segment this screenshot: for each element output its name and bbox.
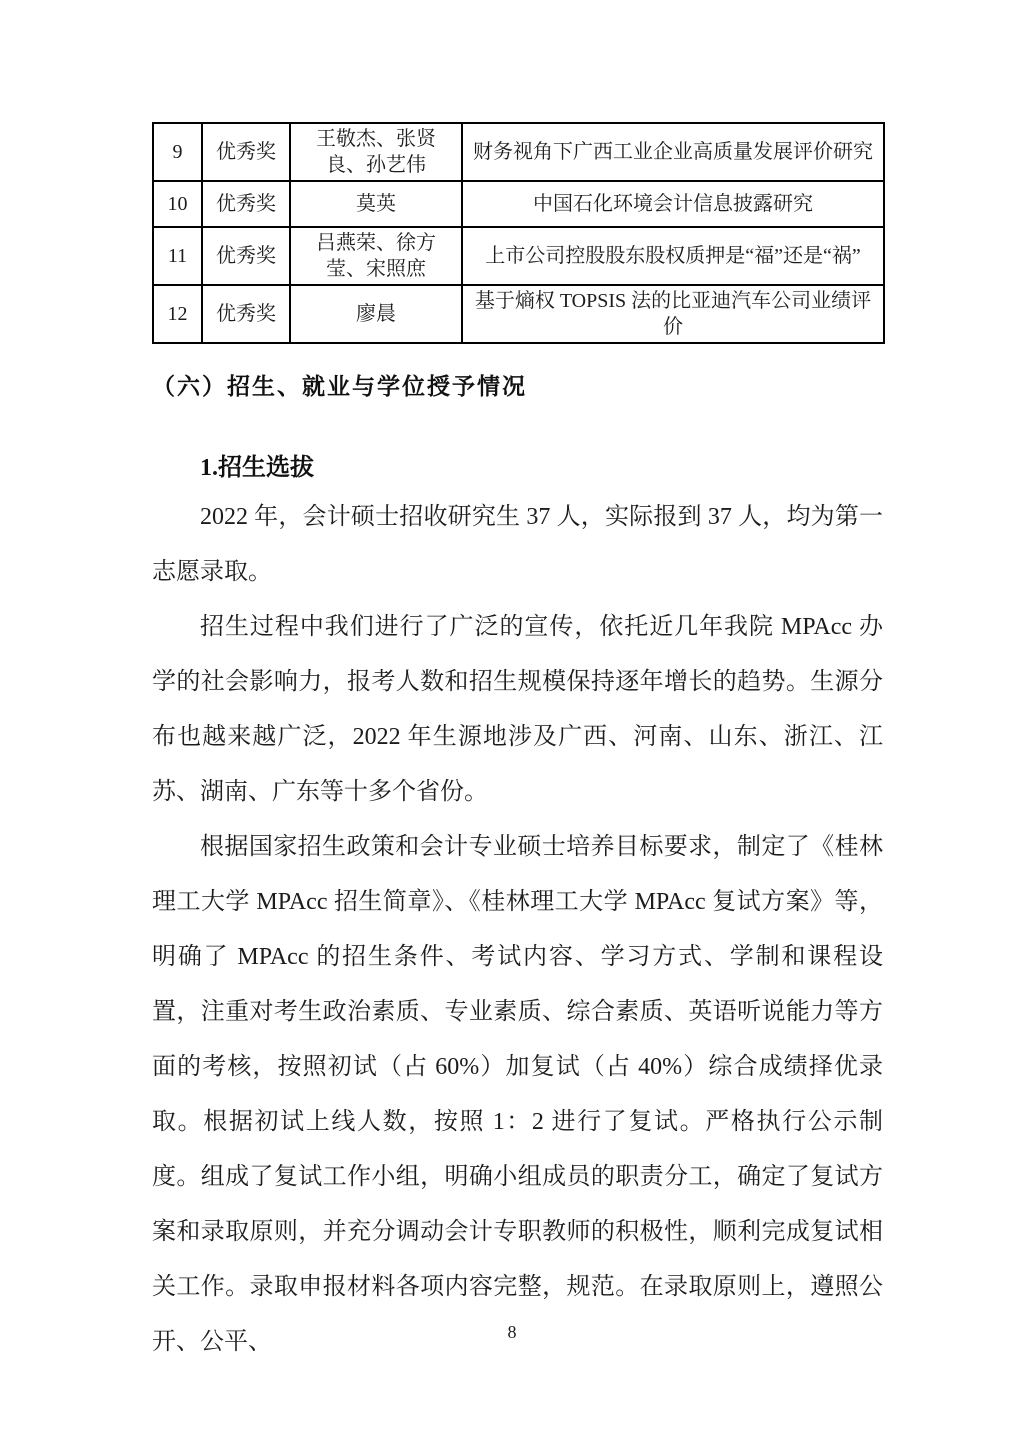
page-number: 8 bbox=[0, 1322, 1024, 1343]
award-authors-cell: 吕燕荣、徐方莹、宋照庶 bbox=[290, 227, 462, 285]
award-level-cell: 优秀奖 bbox=[202, 181, 290, 227]
award-authors-cell: 廖晨 bbox=[290, 285, 462, 343]
table-row: 9 优秀奖 王敬杰、张贤良、孙艺伟 财务视角下广西工业企业高质量发展评价研究 bbox=[153, 123, 884, 181]
award-title-cell: 中国石化环境会计信息披露研究 bbox=[462, 181, 884, 227]
section-heading: （六）招生、就业与学位授予情况 bbox=[152, 372, 883, 402]
award-rank-cell: 12 bbox=[153, 285, 202, 343]
table-row: 12 优秀奖 廖晨 基于熵权 TOPSIS 法的比亚迪汽车公司业绩评价 bbox=[153, 285, 884, 343]
award-level-cell: 优秀奖 bbox=[202, 227, 290, 285]
award-authors-cell: 王敬杰、张贤良、孙艺伟 bbox=[290, 123, 462, 181]
award-rank-cell: 11 bbox=[153, 227, 202, 285]
award-level-cell: 优秀奖 bbox=[202, 123, 290, 181]
award-title-cell: 上市公司控股股东股权质押是“福”还是“祸” bbox=[462, 227, 884, 285]
award-authors-cell: 莫英 bbox=[290, 181, 462, 227]
table-row: 10 优秀奖 莫英 中国石化环境会计信息披露研究 bbox=[153, 181, 884, 227]
page-content: 9 优秀奖 王敬杰、张贤良、孙艺伟 财务视角下广西工业企业高质量发展评价研究 1… bbox=[152, 122, 883, 1370]
award-rank-cell: 10 bbox=[153, 181, 202, 227]
paragraph-enrollment-numbers: 2022 年，会计硕士招收研究生 37 人，实际报到 37 人，均为第一志愿录取… bbox=[152, 490, 883, 600]
subsection-heading: 1.招生选拔 bbox=[152, 452, 883, 484]
award-level-cell: 优秀奖 bbox=[202, 285, 290, 343]
award-title-cell: 财务视角下广西工业企业高质量发展评价研究 bbox=[462, 123, 884, 181]
award-title-cell: 基于熵权 TOPSIS 法的比亚迪汽车公司业绩评价 bbox=[462, 285, 884, 343]
document-page: 9 优秀奖 王敬杰、张贤良、孙艺伟 财务视角下广西工业企业高质量发展评价研究 1… bbox=[0, 0, 1024, 1448]
table-row: 11 优秀奖 吕燕荣、徐方莹、宋照庶 上市公司控股股东股权质押是“福”还是“祸” bbox=[153, 227, 884, 285]
paragraph-promotion-sources: 招生过程中我们进行了广泛的宣传，依托近几年我院 MPAcc 办学的社会影响力，报… bbox=[152, 600, 883, 820]
paragraph-admission-policy: 根据国家招生政策和会计专业硕士培养目标要求，制定了《桂林理工大学 MPAcc 招… bbox=[152, 820, 883, 1370]
awards-table: 9 优秀奖 王敬杰、张贤良、孙艺伟 财务视角下广西工业企业高质量发展评价研究 1… bbox=[152, 122, 885, 344]
award-rank-cell: 9 bbox=[153, 123, 202, 181]
